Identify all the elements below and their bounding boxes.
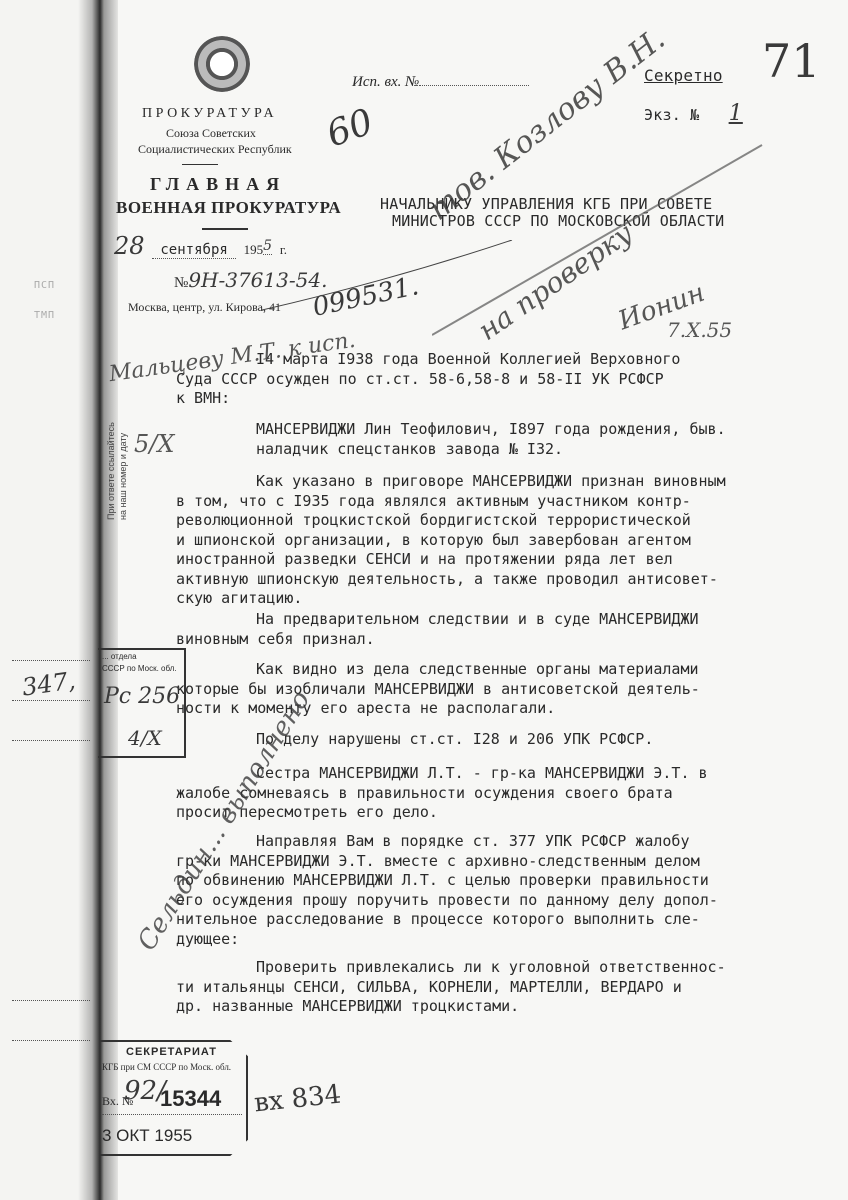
divider bbox=[182, 164, 218, 165]
incoming-number-field: Исп. вх. № bbox=[352, 72, 529, 91]
secretariat-stamp: СЕКРЕТАРИАТ КГБ при СМ СССР по Моск. обл… bbox=[100, 1040, 248, 1156]
paragraph-admission: На предварительном следствии и в суде МА… bbox=[176, 610, 836, 649]
copy-number: Экз. № 1 bbox=[644, 104, 763, 125]
letterhead-org: ПРОКУРАТУРА bbox=[142, 106, 277, 122]
classification-label: Секретно bbox=[644, 66, 723, 85]
adjacent-page-fragment: ПСП bbox=[34, 280, 55, 291]
handwritten-number: 60 bbox=[321, 101, 378, 155]
ussr-emblem-icon bbox=[194, 36, 250, 92]
paragraph-sister: Сестра МАНСЕРВИДЖИ Л.Т. - гр-ка МАНСЕРВИ… bbox=[176, 764, 836, 823]
handwritten-stroke bbox=[432, 140, 772, 340]
letterhead-title: ГЛАВНАЯ bbox=[150, 174, 286, 195]
adjacent-page-fragment: ТМП bbox=[34, 310, 55, 321]
letterhead-org-sub: Социалистических Республик bbox=[138, 142, 292, 157]
document-page: ПРОКУРАТУРА Союза Советских Социалистиче… bbox=[112, 0, 848, 1200]
divider bbox=[202, 228, 248, 230]
letterhead-org-sub: Союза Советских bbox=[166, 126, 256, 141]
address: Москва, центр, ул. Кирова, 41 bbox=[128, 300, 281, 315]
letterhead-title: ВОЕННАЯ ПРОКУРАТУРА bbox=[116, 198, 341, 218]
paragraph-request: Направляя Вам в порядке ст. 377 УПК РСФС… bbox=[176, 832, 836, 949]
registration-stamp: ... отдела СССР по Моск. обл. Рс 256 4/Х bbox=[98, 648, 186, 758]
handwritten-margin-date: 5/Х bbox=[134, 430, 174, 458]
margin-instruction: При ответе ссылайтесь bbox=[106, 422, 116, 520]
sheet-number: 71 bbox=[762, 34, 821, 88]
paragraph-charges: Как указано в приговоре МАНСЕРВИДЖИ приз… bbox=[176, 472, 836, 609]
paragraph-check: Проверить привлекались ли к уголовной от… bbox=[176, 958, 836, 1017]
handwritten-number: 347, bbox=[20, 666, 77, 701]
paragraph-person: МАНСЕРВИДЖИ Лин Теофилович, I897 года ро… bbox=[176, 420, 848, 459]
handwritten-incoming-number: вх 834 bbox=[253, 1080, 343, 1119]
margin-instruction: на наш номер и дату bbox=[118, 433, 128, 520]
